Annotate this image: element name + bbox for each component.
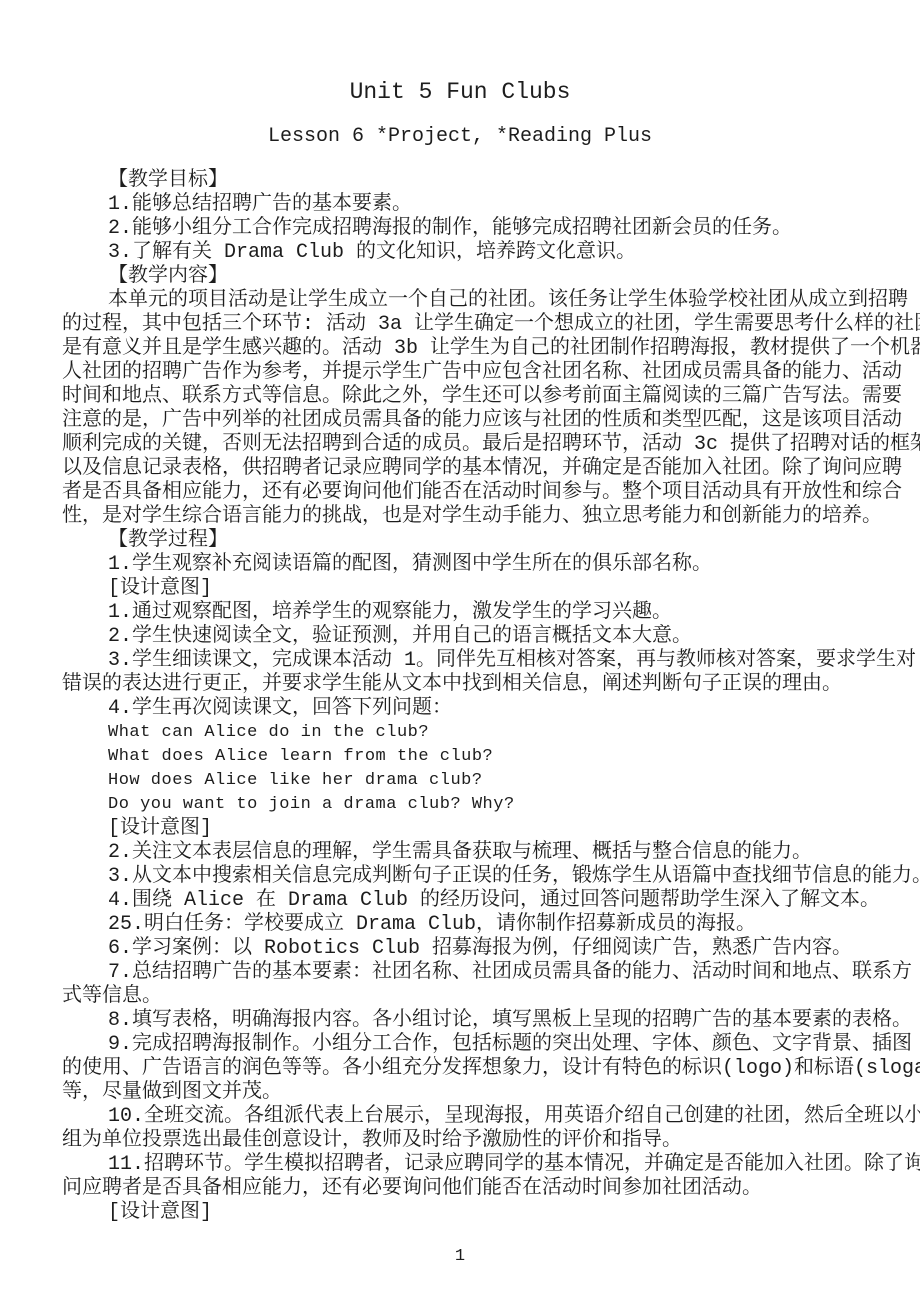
text-line: 以及信息记录表格，供招聘者记录应聘同学的基本情况，并确定是否能加入社团。除了询问… <box>62 457 856 481</box>
text-line: 【教学目标】 <box>62 169 856 193</box>
text-line: 式等信息。 <box>62 985 856 1009</box>
text-line: [设计意图] <box>62 577 856 601</box>
text-line: 2.关注文本表层信息的理解，学生需具备获取与梳理、概括与整合信息的能力。 <box>62 841 856 865</box>
text-line: 【教学过程】 <box>62 529 856 553</box>
text-line: 8.填写表格，明确海报内容。各小组讨论，填写黑板上呈现的招聘广告的基本要素的表格… <box>62 1009 856 1033</box>
text-line: Do you want to join a drama club? Why? <box>62 793 856 817</box>
document-title: Unit 5 Fun Clubs <box>0 79 920 105</box>
text-line: 4.学生再次阅读课文，回答下列问题： <box>62 697 856 721</box>
text-line: 等，尽量做到图文并茂。 <box>62 1081 856 1105</box>
text-line: 顺利完成的关键，否则无法招聘到合适的成员。最后是招聘环节，活动 3c 提供了招聘… <box>62 433 856 457</box>
text-line: 【教学内容】 <box>62 265 856 289</box>
text-line: 者是否具备相应能力，还有必要询问他们能否在活动时间参与。整个项目活动具有开放性和… <box>62 481 856 505</box>
text-line: How does Alice like her drama club? <box>62 769 856 793</box>
text-line: 10.全班交流。各组派代表上台展示，呈现海报，用英语介绍自己创建的社团，然后全班… <box>62 1105 856 1129</box>
text-line: 人社团的招聘广告作为参考，并提示学生广告中应包含社团名称、社团成员需具备的能力、… <box>62 361 856 385</box>
text-line: 的使用、广告语言的润色等等。各小组充分发挥想象力，设计有特色的标识(logo)和… <box>62 1057 856 1081</box>
text-line: 4.围绕 Alice 在 Drama Club 的经历设问，通过回答问题帮助学生… <box>62 889 856 913</box>
text-line: What does Alice learn from the club? <box>62 745 856 769</box>
document-page: Unit 5 Fun Clubs Lesson 6 *Project, *Rea… <box>0 0 920 1302</box>
text-line: 1.能够总结招聘广告的基本要素。 <box>62 193 856 217</box>
text-line: 3.从文本中搜索相关信息完成判断句子正误的任务，锻炼学生从语篇中查找细节信息的能… <box>62 865 856 889</box>
text-line: 7.总结招聘广告的基本要素：社团名称、社团成员需具备的能力、活动时间和地点、联系… <box>62 961 856 985</box>
text-line: 1.学生观察补充阅读语篇的配图，猜测图中学生所在的俱乐部名称。 <box>62 553 856 577</box>
text-line: 1.通过观察配图，培养学生的观察能力，激发学生的学习兴趣。 <box>62 601 856 625</box>
text-line: 的过程，其中包括三个环节: 活动 3a 让学生确定一个想成立的社团，学生需要思考… <box>62 313 856 337</box>
text-line: 性，是对学生综合语言能力的挑战，也是对学生动手能力、独立思考能力和创新能力的培养… <box>62 505 856 529</box>
text-line: 本单元的项目活动是让学生成立一个自己的社团。该任务让学生体验学校社团从成立到招聘 <box>62 289 856 313</box>
text-line: 11.招聘环节。学生模拟招聘者，记录应聘同学的基本情况，并确定是否能加入社团。除… <box>62 1153 856 1177</box>
page-number: 1 <box>0 1247 920 1267</box>
text-line: 6.学习案例：以 Robotics Club 招募海报为例，仔细阅读广告，熟悉广… <box>62 937 856 961</box>
text-line: [设计意图] <box>62 817 856 841</box>
text-line: 注意的是，广告中列举的社团成员需具备的能力应该与社团的性质和类型匹配，这是该项目… <box>62 409 856 433</box>
text-line: 错误的表达进行更正，并要求学生能从文本中找到相关信息，阐述判断句子正误的理由。 <box>62 673 856 697</box>
text-line: 25.明白任务：学校要成立 Drama Club，请你制作招募新成员的海报。 <box>62 913 856 937</box>
text-line: 2.学生快速阅读全文，验证预测，并用自己的语言概括文本大意。 <box>62 625 856 649</box>
text-line: What can Alice do in the club? <box>62 721 856 745</box>
text-line: 时间和地点、联系方式等信息。除此之外，学生还可以参考前面主篇阅读的三篇广告写法。… <box>62 385 856 409</box>
text-line: 3.了解有关 Drama Club 的文化知识，培养跨文化意识。 <box>62 241 856 265</box>
text-line: 9.完成招聘海报制作。小组分工合作，包括标题的突出处理、字体、颜色、文字背景、插… <box>62 1033 856 1057</box>
text-line: 2.能够小组分工合作完成招聘海报的制作，能够完成招聘社团新会员的任务。 <box>62 217 856 241</box>
text-line: 问应聘者是否具备相应能力，还有必要询问他们能否在活动时间参加社团活动。 <box>62 1177 856 1201</box>
document-body: 【教学目标】1.能够总结招聘广告的基本要素。2.能够小组分工合作完成招聘海报的制… <box>62 169 856 1225</box>
text-line: 组为单位投票选出最佳创意设计，教师及时给予激励性的评价和指导。 <box>62 1129 856 1153</box>
text-line: [设计意图] <box>62 1201 856 1225</box>
text-line: 是有意义并且是学生感兴趣的。活动 3b 让学生为自己的社团制作招聘海报，教材提供… <box>62 337 856 361</box>
document-subtitle: Lesson 6 *Project, *Reading Plus <box>0 124 920 150</box>
text-line: 3.学生细读课文，完成课本活动 1。同伴先互相核对答案，再与教师核对答案，要求学… <box>62 649 856 673</box>
